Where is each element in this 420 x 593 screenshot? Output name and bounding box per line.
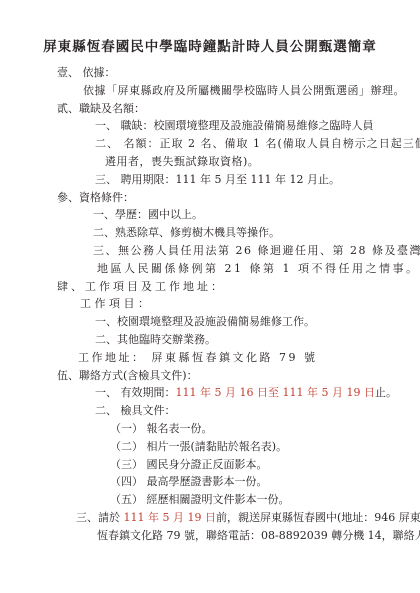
doc-title: 屏東縣恆春國民中學臨時鐘點計時人員公開甄選簡章 [0, 0, 420, 56]
doc-line: 三、 聘用期限：111 年 5 月至 111 年 12 月止。 [0, 171, 420, 189]
doc-line: 一、 有效期間：111 年 5 月 16 日至 111 年 5 月 19 日止。 [0, 384, 420, 402]
doc-line: 二、熟悉除草、修剪樹木機具等操作。 [0, 224, 420, 242]
doc-line: （四） 最高學歷證書影本一份。 [0, 473, 420, 491]
doc-line: 工作地址： 屏東縣恆春鎮文化路 79 號 [0, 349, 420, 367]
doc-line: 依據「屏東縣政府及所屬機關學校臨時人員公開甄選函」辦理。 [0, 82, 420, 100]
document-page: 屏東縣恆春國民中學臨時鐘點計時人員公開甄選簡章 壹、 依據：依據「屏東縣政府及所… [0, 0, 420, 593]
doc-line: 三、請於 111 年 5 月 19 日前，親送屏東縣恆春國中(地址：946 屏東… [0, 509, 420, 527]
doc-line: 遴用者，喪失甄試錄取資格)。 [0, 153, 420, 171]
text-segment: （三） 國民身分證正反面影本。 [110, 458, 268, 471]
text-segment: 貳、職缺及名額： [57, 102, 145, 115]
doc-line: 工作項目： [0, 295, 420, 313]
text-segment: （五） 經歷相關證明文件影本一份。 [110, 493, 290, 506]
red-text-segment: 111 年 5 月 16 日至 111 年 5 月 19 日 [176, 386, 375, 399]
text-segment: 恆春鎮文化路 79 號，聯絡電話：08-8892039 轉分機 14，聯絡人： [97, 529, 420, 542]
text-segment: 二、熟悉除草、修剪樹木機具等操作。 [93, 226, 280, 239]
text-segment: 壹、 依據： [57, 66, 116, 79]
text-segment: 地區人民關係條例第 21 條第 1 項不得任用之情事。 [97, 262, 419, 275]
doc-line: 二、其他臨時交辦業務。 [0, 331, 420, 349]
text-segment: 參、資格條件： [57, 191, 134, 204]
text-segment: 依據「屏東縣政府及所屬機關學校臨時人員公開甄選函」辦理。 [83, 84, 405, 97]
text-segment: 一、學歷：國中以上。 [93, 208, 203, 221]
text-segment: 三、請於 [76, 511, 124, 524]
doc-line: 恆春鎮文化路 79 號，聯絡電話：08-8892039 轉分機 14，聯絡人： [0, 527, 420, 545]
doc-line: 一、學歷：國中以上。 [0, 206, 420, 224]
text-segment: 止。 [375, 386, 397, 399]
text-segment: 一、 職缺：校園環境整理及設施設備簡易維修之臨時人員 [95, 119, 374, 132]
text-segment: 遴用者，喪失甄試錄取資格)。 [105, 155, 259, 168]
doc-line: 肆、工作項目及工作地址： [0, 278, 420, 296]
text-segment: 一、 有效期間： [95, 386, 176, 399]
text-segment: 二、 檢具文件： [95, 404, 176, 417]
text-segment: （二） 相片一張(請黏貼於報名表)。 [110, 440, 287, 453]
text-segment: 工作地址： 屏東縣恆春鎮文化路 79 號 [78, 351, 318, 364]
text-segment: 一、校園環境整理及設施設備簡易維修工作。 [95, 315, 315, 328]
doc-line: 二、 檢具文件： [0, 402, 420, 420]
text-segment: 二、其他臨時交辦業務。 [95, 333, 216, 346]
doc-lines: 壹、 依據：依據「屏東縣政府及所屬機關學校臨時人員公開甄選函」辦理。貳、職缺及名… [0, 64, 420, 545]
doc-line: （五） 經歷相關證明文件影本一份。 [0, 491, 420, 509]
doc-line: 地區人民關係條例第 21 條第 1 項不得任用之情事。 [0, 260, 420, 278]
text-segment: 三、 聘用期限：111 年 5 月至 111 年 12 月止。 [95, 173, 340, 186]
doc-line: 一、 職缺：校園環境整理及設施設備簡易維修之臨時人員 [0, 117, 420, 135]
doc-line: 三、無公務人員任用法第 26 條迴避任用、第 28 條及臺灣地區與大陸 [0, 242, 420, 260]
doc-line: （一） 報名表一份。 [0, 420, 420, 438]
text-segment: 前，親送屏東縣恆春國中(地址：946 屏東縣 [216, 511, 420, 524]
red-text-segment: 111 年 5 月 19 日 [124, 511, 216, 524]
doc-line: 壹、 依據： [0, 64, 420, 82]
doc-line: （三） 國民身分證正反面影本。 [0, 456, 420, 474]
doc-line: （二） 相片一張(請黏貼於報名表)。 [0, 438, 420, 456]
text-segment: 工作項目： [80, 297, 153, 310]
text-segment: （一） 報名表一份。 [110, 422, 213, 435]
text-segment: 伍、聯絡方式(含檢具文件)： [57, 369, 198, 382]
doc-line: 參、資格條件： [0, 189, 420, 207]
doc-line: 一、校園環境整理及設施設備簡易維修工作。 [0, 313, 420, 331]
text-segment: 肆、工作項目及工作地址： [57, 280, 225, 293]
text-segment: （四） 最高學歷證書影本一份。 [110, 475, 268, 488]
doc-line: 伍、聯絡方式(含檢具文件)： [0, 367, 420, 385]
text-segment: 二、 名額：正取 2 名、備取 1 名(備取人員自榜示之日起三個月內未獲 [95, 137, 420, 150]
doc-line: 二、 名額：正取 2 名、備取 1 名(備取人員自榜示之日起三個月內未獲 [0, 135, 420, 153]
doc-line: 貳、職缺及名額： [0, 100, 420, 118]
text-segment: 三、無公務人員任用法第 26 條迴避任用、第 28 條及臺灣地區與大陸 [93, 244, 420, 257]
